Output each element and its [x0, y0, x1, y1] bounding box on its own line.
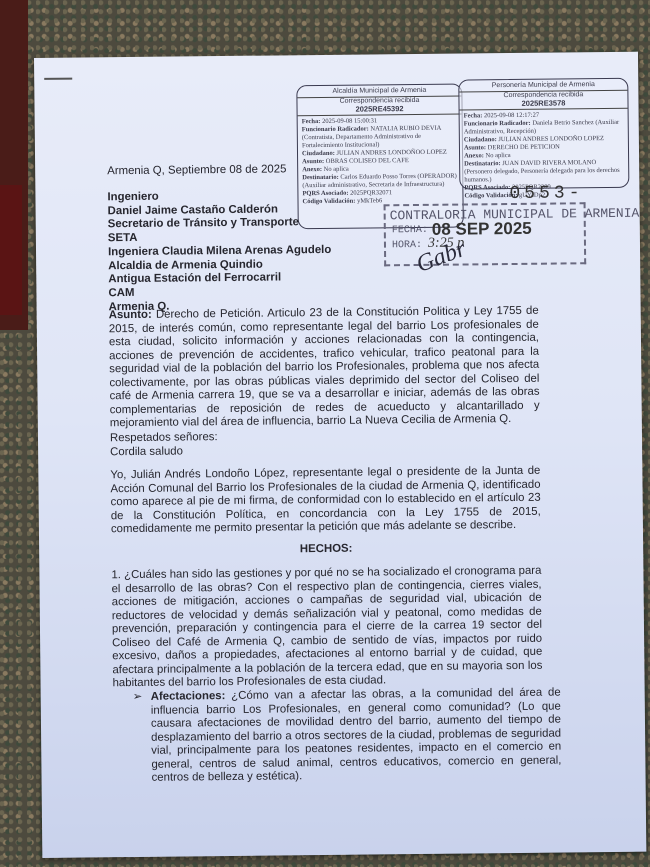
greeting: Respetados señores: Cordila saludo	[110, 428, 540, 460]
stamp-row-value: JULIAN ANDRES LONDOÑOO LOPEZ	[336, 149, 446, 157]
subject-label: Asunto:	[109, 309, 152, 321]
stamp-row-label: Funcionario Radicador:	[464, 120, 531, 128]
intro-paragraph: Yo, Julián Andrés Londoño López, represe…	[110, 465, 541, 537]
stamp-row-label: Fecha:	[302, 118, 321, 125]
stamp-row-value: JULIAN ANDRES LONDOÑO LOPEZ	[498, 135, 604, 143]
staple-mark	[44, 78, 72, 80]
fact-1-paragraph: 1. ¿Cuáles han sido las gestiones y por …	[111, 565, 542, 691]
stamp-row-value: No aplica	[485, 152, 510, 159]
stamp-row-value: 2025-09-08 12:17:27	[484, 112, 539, 120]
background-red-object	[0, 185, 22, 315]
afectaciones-item: ➢ Afectaciones: ¿Cómo van a afectar las …	[133, 687, 562, 786]
subject-text: Derecho de Petición. Articulo 23 de la C…	[109, 305, 540, 429]
section-heading-hechos: HECHOS:	[111, 541, 541, 559]
stamp-row-label: Asunto:	[464, 144, 486, 151]
stamp-number: 2025RE45392	[298, 105, 462, 117]
stamp-row-label: Funcionario Radicador:	[302, 125, 369, 133]
subject-paragraph: Asunto: Derecho de Petición. Articulo 23…	[109, 305, 540, 431]
stamp-row-label: Fecha:	[464, 112, 483, 119]
stamp-row-label: Anexo:	[464, 152, 484, 159]
stamp-number: 2025RE3578	[459, 99, 627, 111]
stamp-row-value: 2025-09-08 15:00:31	[322, 117, 377, 125]
stamp-row: Funcionario Radicador: NATALIA RUBIO DEV…	[298, 125, 462, 151]
stamp-row-label: Ciudadano:	[302, 150, 335, 157]
arrow-bullet-icon: ➢	[133, 691, 143, 705]
stamp-row-value: DERECHO DE PETICION	[488, 143, 560, 151]
stamp-row: Funcionario Radicador: Daniela Betrio Sa…	[460, 119, 628, 137]
stamp-row-label: Ciudadano:	[464, 136, 497, 143]
afectaciones-label: Afectaciones:	[151, 690, 226, 703]
letter-page: Alcaldía Municipal de Armenia Correspond…	[34, 52, 646, 858]
recipient-address: Ingeniero Daniel Jaime Castaño Calderón …	[107, 187, 538, 315]
